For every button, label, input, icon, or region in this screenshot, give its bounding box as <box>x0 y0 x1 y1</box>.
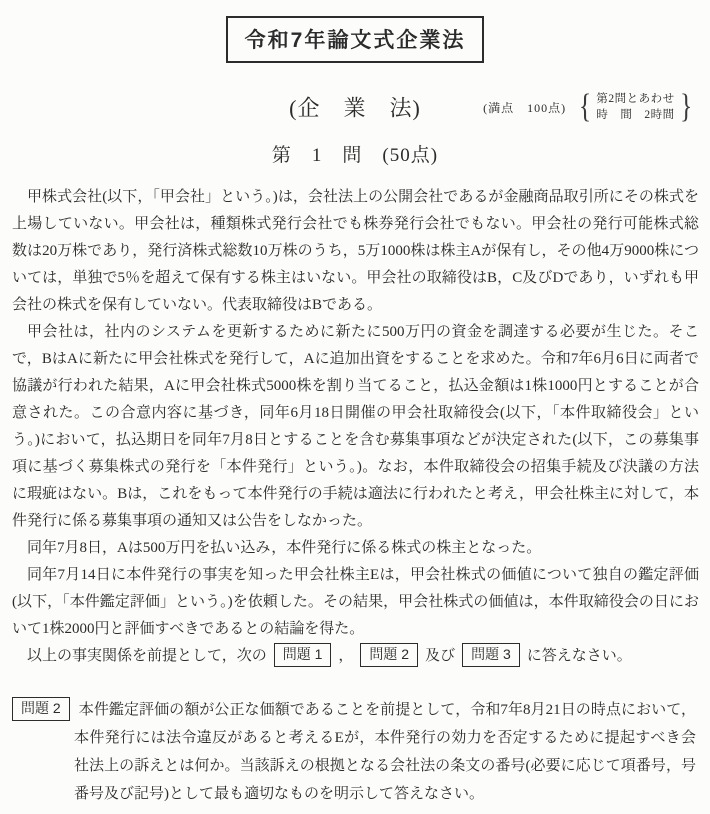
left-brace-glyph: { <box>579 90 591 124</box>
fact-paragraph-3: 同年7月8日，Aは500万円を払い込み，本件発行に係る株式の株主となった。 <box>12 535 699 562</box>
closing-suffix: に答えなさい。 <box>527 648 632 664</box>
time-note-line2: 時 間 2時間 <box>596 107 674 123</box>
closing-sep1: ， <box>338 648 353 664</box>
closing-sep2: 及び <box>425 648 455 664</box>
exam-page: 令和7年論文式企業法 (企 業 法) (満点 100点) { 第2問とあわせ 時… <box>0 0 710 814</box>
fact-paragraph-2: 甲会社は，社内のシステムを更新するために新たに500万円の資金を調達する必要が生… <box>12 319 699 535</box>
max-points-note: (満点 100点) <box>483 99 566 116</box>
right-brace-glyph: } <box>680 90 692 124</box>
fact-paragraph-4: 同年7月14日に本件発行の事実を知った甲会社株主Eは，甲会社株式の価値について独… <box>12 562 699 643</box>
subject-row: (企 業 法) (満点 100点) { 第2問とあわせ 時 間 2時間 } <box>0 87 710 127</box>
exam-notes: (満点 100点) { 第2問とあわせ 時 間 2時間 } <box>483 90 694 124</box>
time-note: 第2問とあわせ 時 間 2時間 <box>596 91 674 123</box>
closing-prefix: 以上の事実関係を前提として，次の <box>27 648 267 664</box>
exam-title: 令和7年論文式企業法 <box>245 29 466 52</box>
time-note-line1: 第2問とあわせ <box>596 91 674 107</box>
time-note-group: { 第2問とあわせ 時 間 2時間 } <box>577 90 694 124</box>
closing-line: 以上の事実関係を前提として，次の問題 1，問題 2及び問題 3に答えなさい。 <box>12 643 699 670</box>
question2-block: 問題 2本件鑑定評価の額が公正な価額であることを前提として，令和7年8月21日の… <box>12 696 696 808</box>
problem1-box: 問題 1 <box>274 643 332 667</box>
question2-text: 本件鑑定評価の額が公正な価額であることを前提として，令和7年8月21日の時点にお… <box>74 702 696 802</box>
question2-label-box: 問題 2 <box>12 697 70 721</box>
problem2-box: 問題 2 <box>360 643 418 667</box>
question-heading: 第 1 問 (50点) <box>0 140 710 167</box>
case-facts: 甲株式会社(以下，「甲会社」という。)は，会社法上の公開会社であるが金融商品取引… <box>12 184 699 670</box>
exam-title-box: 令和7年論文式企業法 <box>226 16 485 63</box>
problem3-box: 問題 3 <box>462 643 520 667</box>
fact-paragraph-1: 甲株式会社(以下，「甲会社」という。)は，会社法上の公開会社であるが金融商品取引… <box>12 184 699 319</box>
